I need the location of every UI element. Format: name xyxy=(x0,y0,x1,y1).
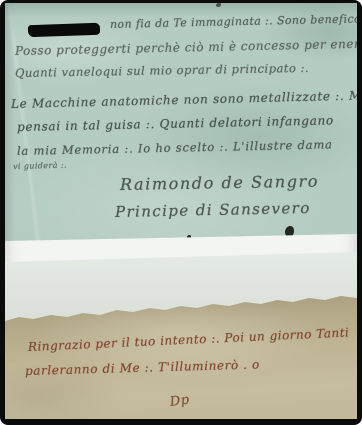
top-letter-line: pensai in tal guisa :. Quanti delatori i… xyxy=(17,113,334,134)
ink-blot xyxy=(216,3,221,7)
signature-line-1: Raimondo de Sangro xyxy=(120,172,319,194)
top-letter-paper: non fia da Te immaginata :. Sono benefic… xyxy=(5,3,357,245)
bottom-letter-monogram: Dp xyxy=(169,392,191,410)
signature-line-2: Principe di Sansevero xyxy=(115,199,311,221)
top-letter-line: Le Macchine anatomiche non sono metalliz… xyxy=(11,88,357,111)
bottom-letter-line: Ringrazio per il tuo intento :. Poi un g… xyxy=(28,325,350,354)
top-letter-line: non fia da Te immaginata :. Sono benefic… xyxy=(110,12,357,31)
bottom-letter-line: parleranno di Me :. T'illuminerò . o xyxy=(25,357,260,378)
ink-blot xyxy=(285,226,294,237)
photo-area: non fia da Te immaginata :. Sono benefic… xyxy=(5,3,357,419)
top-letter-line: Quanti vaneloqui sul mio oprar di princi… xyxy=(15,61,309,80)
ink-blot xyxy=(187,235,191,239)
top-letter-line: la mia Memoria :. Io ho scelto :. L'illu… xyxy=(17,137,333,158)
top-letter-line: Posso proteggerti perchè ciò mi è conces… xyxy=(15,36,357,58)
black-photo-frame: non fia da Te immaginata :. Sono benefic… xyxy=(0,0,362,425)
redaction-blob xyxy=(28,23,100,38)
top-letter-line-small: vi guiderà :. xyxy=(13,161,67,171)
photo-of-letters: non fia da Te immaginata :. Sono benefic… xyxy=(0,0,362,425)
